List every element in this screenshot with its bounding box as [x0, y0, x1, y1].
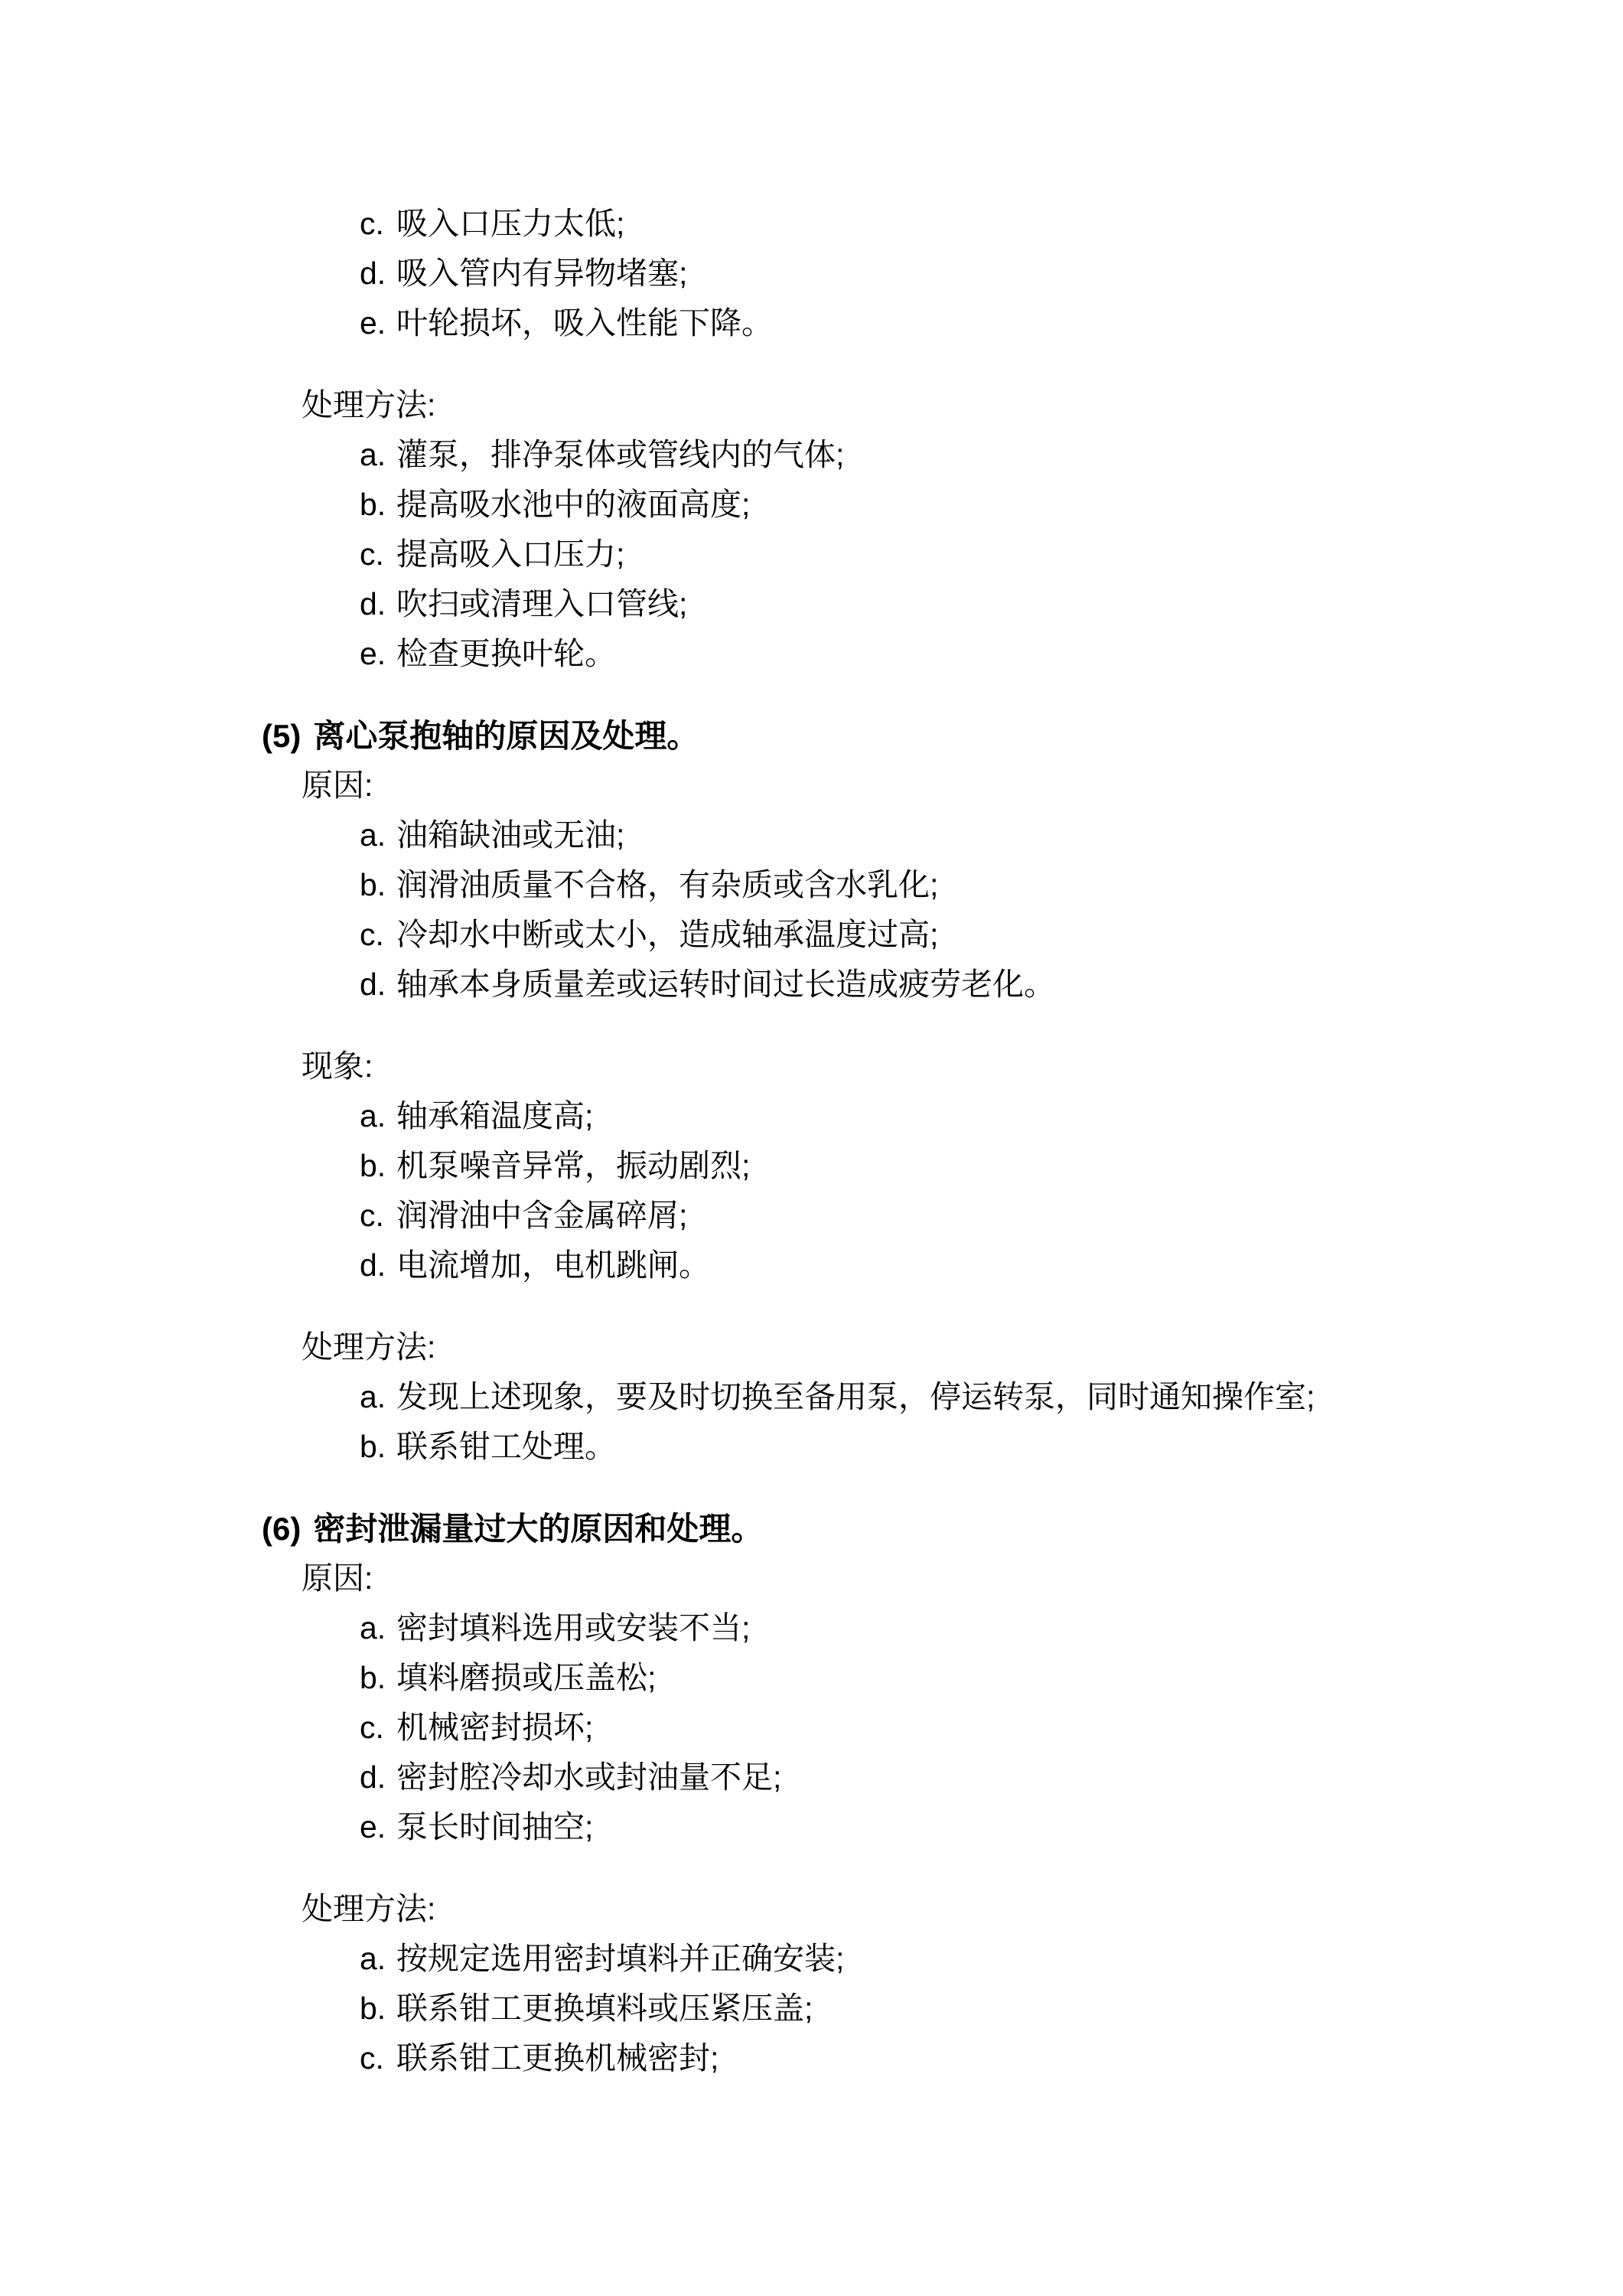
list-item: b.提高吸水池中的液面高度;	[0, 480, 1623, 530]
list-item-text: 机泵噪音异常，振动剧烈;	[396, 1148, 750, 1183]
list-item: b.联系钳工更换填料或压紧压盖;	[0, 1984, 1623, 2033]
list-item-text: 机械密封损坏;	[396, 1710, 593, 1745]
list-item-marker: e.	[360, 629, 396, 679]
list-item-marker: d.	[360, 960, 396, 1009]
list-item-marker: a.	[360, 430, 396, 480]
list-item-marker: c.	[360, 530, 396, 579]
list-item-text: 联系钳工更换填料或压紧压盖;	[396, 1991, 813, 2026]
list-item: c.冷却水中断或太小，造成轴承温度过高;	[0, 910, 1623, 960]
block-label: 原因:	[0, 761, 1623, 810]
item-group: a.灌泵，排净泵体或管线内的气体;b.提高吸水池中的液面高度;c.提高吸入口压力…	[0, 430, 1623, 679]
item-group: a.油箱缺油或无油;b.润滑油质量不合格，有杂质或含水乳化;c.冷却水中断或太小…	[0, 810, 1623, 1009]
list-item-text: 冷却水中断或太小，造成轴承温度过高;	[396, 917, 938, 952]
list-item-text: 提高吸水池中的液面高度;	[396, 487, 750, 522]
section-heading: (5)离心泵抱轴的原因及处理。	[0, 711, 1623, 761]
list-item: e.叶轮损坏，吸入性能下降。	[0, 298, 1623, 348]
list-item-text: 密封填料选用或安装不当;	[396, 1610, 750, 1645]
section-title: 密封泄漏量过大的原因和处理。	[313, 1511, 763, 1547]
document-page: c.吸入口压力太低;d.吸入管内有异物堵塞;e.叶轮损坏，吸入性能下降。处理方法…	[0, 0, 1623, 2296]
list-item-marker: c.	[360, 2033, 396, 2083]
list-item: d.吹扫或清理入口管线;	[0, 579, 1623, 629]
block-label: 处理方法:	[0, 380, 1623, 430]
block-label: 原因:	[0, 1554, 1623, 1603]
list-item-marker: d.	[360, 579, 396, 629]
list-item: b.填料磨损或压盖松;	[0, 1653, 1623, 1703]
list-item: d.电流增加，电机跳闸。	[0, 1241, 1623, 1290]
list-item-marker: c.	[360, 1703, 396, 1753]
list-item-marker: a.	[360, 1372, 396, 1422]
list-item-text: 吸入管内有异物堵塞;	[396, 256, 687, 291]
list-item-marker: c.	[360, 1191, 396, 1241]
list-item: a.轴承箱温度高;	[0, 1091, 1623, 1141]
list-item: d.轴承本身质量差或运转时间过长造成疲劳老化。	[0, 960, 1623, 1009]
list-item-text: 填料磨损或压盖松;	[396, 1660, 656, 1695]
list-item-text: 叶轮损坏，吸入性能下降。	[396, 305, 773, 341]
list-item-marker: b.	[360, 1984, 396, 2033]
list-item-marker: d.	[360, 249, 396, 298]
list-item: e.检查更换叶轮。	[0, 629, 1623, 679]
list-item-text: 润滑油中含金属碎屑;	[396, 1198, 687, 1233]
list-item-marker: b.	[360, 480, 396, 530]
list-item-marker: e.	[360, 1802, 396, 1852]
item-group: a.密封填料选用或安装不当;b.填料磨损或压盖松;c.机械密封损坏;d.密封腔冷…	[0, 1603, 1623, 1852]
item-group: a.轴承箱温度高;b.机泵噪音异常，振动剧烈;c.润滑油中含金属碎屑;d.电流增…	[0, 1091, 1623, 1290]
item-group: a.按规定选用密封填料并正确安装;b.联系钳工更换填料或压紧压盖;c.联系钳工更…	[0, 1934, 1623, 2083]
list-item-text: 灌泵，排净泵体或管线内的气体;	[396, 437, 844, 472]
list-item: a.密封填料选用或安装不当;	[0, 1603, 1623, 1653]
list-item-marker: e.	[360, 298, 396, 348]
item-group: a.发现上述现象，要及时切换至备用泵，停运转泵，同时通知操作室;b.联系钳工处理…	[0, 1372, 1623, 1472]
list-item-marker: a.	[360, 1091, 396, 1141]
section-title: 离心泵抱轴的原因及处理。	[313, 718, 699, 754]
list-item: a.发现上述现象，要及时切换至备用泵，停运转泵，同时通知操作室;	[0, 1372, 1623, 1422]
list-item-marker: a.	[360, 1934, 396, 1984]
block-label: 处理方法:	[0, 1322, 1623, 1372]
list-item-marker: b.	[360, 1422, 396, 1472]
list-item-marker: c.	[360, 199, 396, 249]
list-item-text: 检查更换叶轮。	[396, 636, 616, 671]
list-item-text: 吸入口压力太低;	[396, 206, 624, 241]
item-group: c.吸入口压力太低;d.吸入管内有异物堵塞;e.叶轮损坏，吸入性能下降。	[0, 199, 1623, 348]
list-item-marker: b.	[360, 1141, 396, 1191]
list-item-marker: b.	[360, 860, 396, 910]
list-item-text: 提高吸入口压力;	[396, 536, 624, 572]
block-label: 现象:	[0, 1042, 1623, 1091]
section-number: (6)	[262, 1511, 301, 1547]
list-item: a.灌泵，排净泵体或管线内的气体;	[0, 430, 1623, 480]
list-item: b.润滑油质量不合格，有杂质或含水乳化;	[0, 860, 1623, 910]
list-item-text: 联系钳工更换机械密封;	[396, 2040, 719, 2076]
list-item: d.吸入管内有异物堵塞;	[0, 249, 1623, 298]
section-heading: (6)密封泄漏量过大的原因和处理。	[0, 1504, 1623, 1554]
list-item-marker: d.	[360, 1753, 396, 1802]
list-item: a.油箱缺油或无油;	[0, 810, 1623, 860]
list-item-text: 油箱缺油或无油;	[396, 817, 624, 853]
list-item-marker: a.	[360, 1603, 396, 1653]
list-item: c.机械密封损坏;	[0, 1703, 1623, 1753]
list-item-marker: d.	[360, 1241, 396, 1290]
list-item: c.联系钳工更换机械密封;	[0, 2033, 1623, 2083]
list-item-marker: b.	[360, 1653, 396, 1703]
list-item: b.联系钳工处理。	[0, 1422, 1623, 1472]
list-item-text: 泵长时间抽空;	[396, 1809, 593, 1844]
list-item-text: 按规定选用密封填料并正确安装;	[396, 1941, 844, 1976]
list-item-text: 密封腔冷却水或封油量不足;	[396, 1760, 781, 1795]
list-item: c.提高吸入口压力;	[0, 530, 1623, 579]
section-number: (5)	[262, 718, 301, 754]
list-item-text: 联系钳工处理。	[396, 1429, 616, 1464]
list-item-text: 润滑油质量不合格，有杂质或含水乳化;	[396, 867, 938, 902]
list-item: d.密封腔冷却水或封油量不足;	[0, 1753, 1623, 1802]
list-item-text: 轴承箱温度高;	[396, 1098, 593, 1133]
list-item-text: 吹扫或清理入口管线;	[396, 586, 687, 621]
list-item: c.吸入口压力太低;	[0, 199, 1623, 249]
list-item: b.机泵噪音异常，振动剧烈;	[0, 1141, 1623, 1191]
list-item-marker: c.	[360, 910, 396, 960]
block-label: 处理方法:	[0, 1884, 1623, 1934]
list-item-marker: a.	[360, 810, 396, 860]
list-item: c.润滑油中含金属碎屑;	[0, 1191, 1623, 1241]
list-item-text: 轴承本身质量差或运转时间过长造成疲劳老化。	[396, 967, 1055, 1002]
list-item: a.按规定选用密封填料并正确安装;	[0, 1934, 1623, 1984]
list-item-text: 发现上述现象，要及时切换至备用泵，停运转泵，同时通知操作室;	[396, 1379, 1315, 1414]
list-item-text: 电流增加，电机跳闸。	[396, 1247, 710, 1283]
list-item: e.泵长时间抽空;	[0, 1802, 1623, 1852]
